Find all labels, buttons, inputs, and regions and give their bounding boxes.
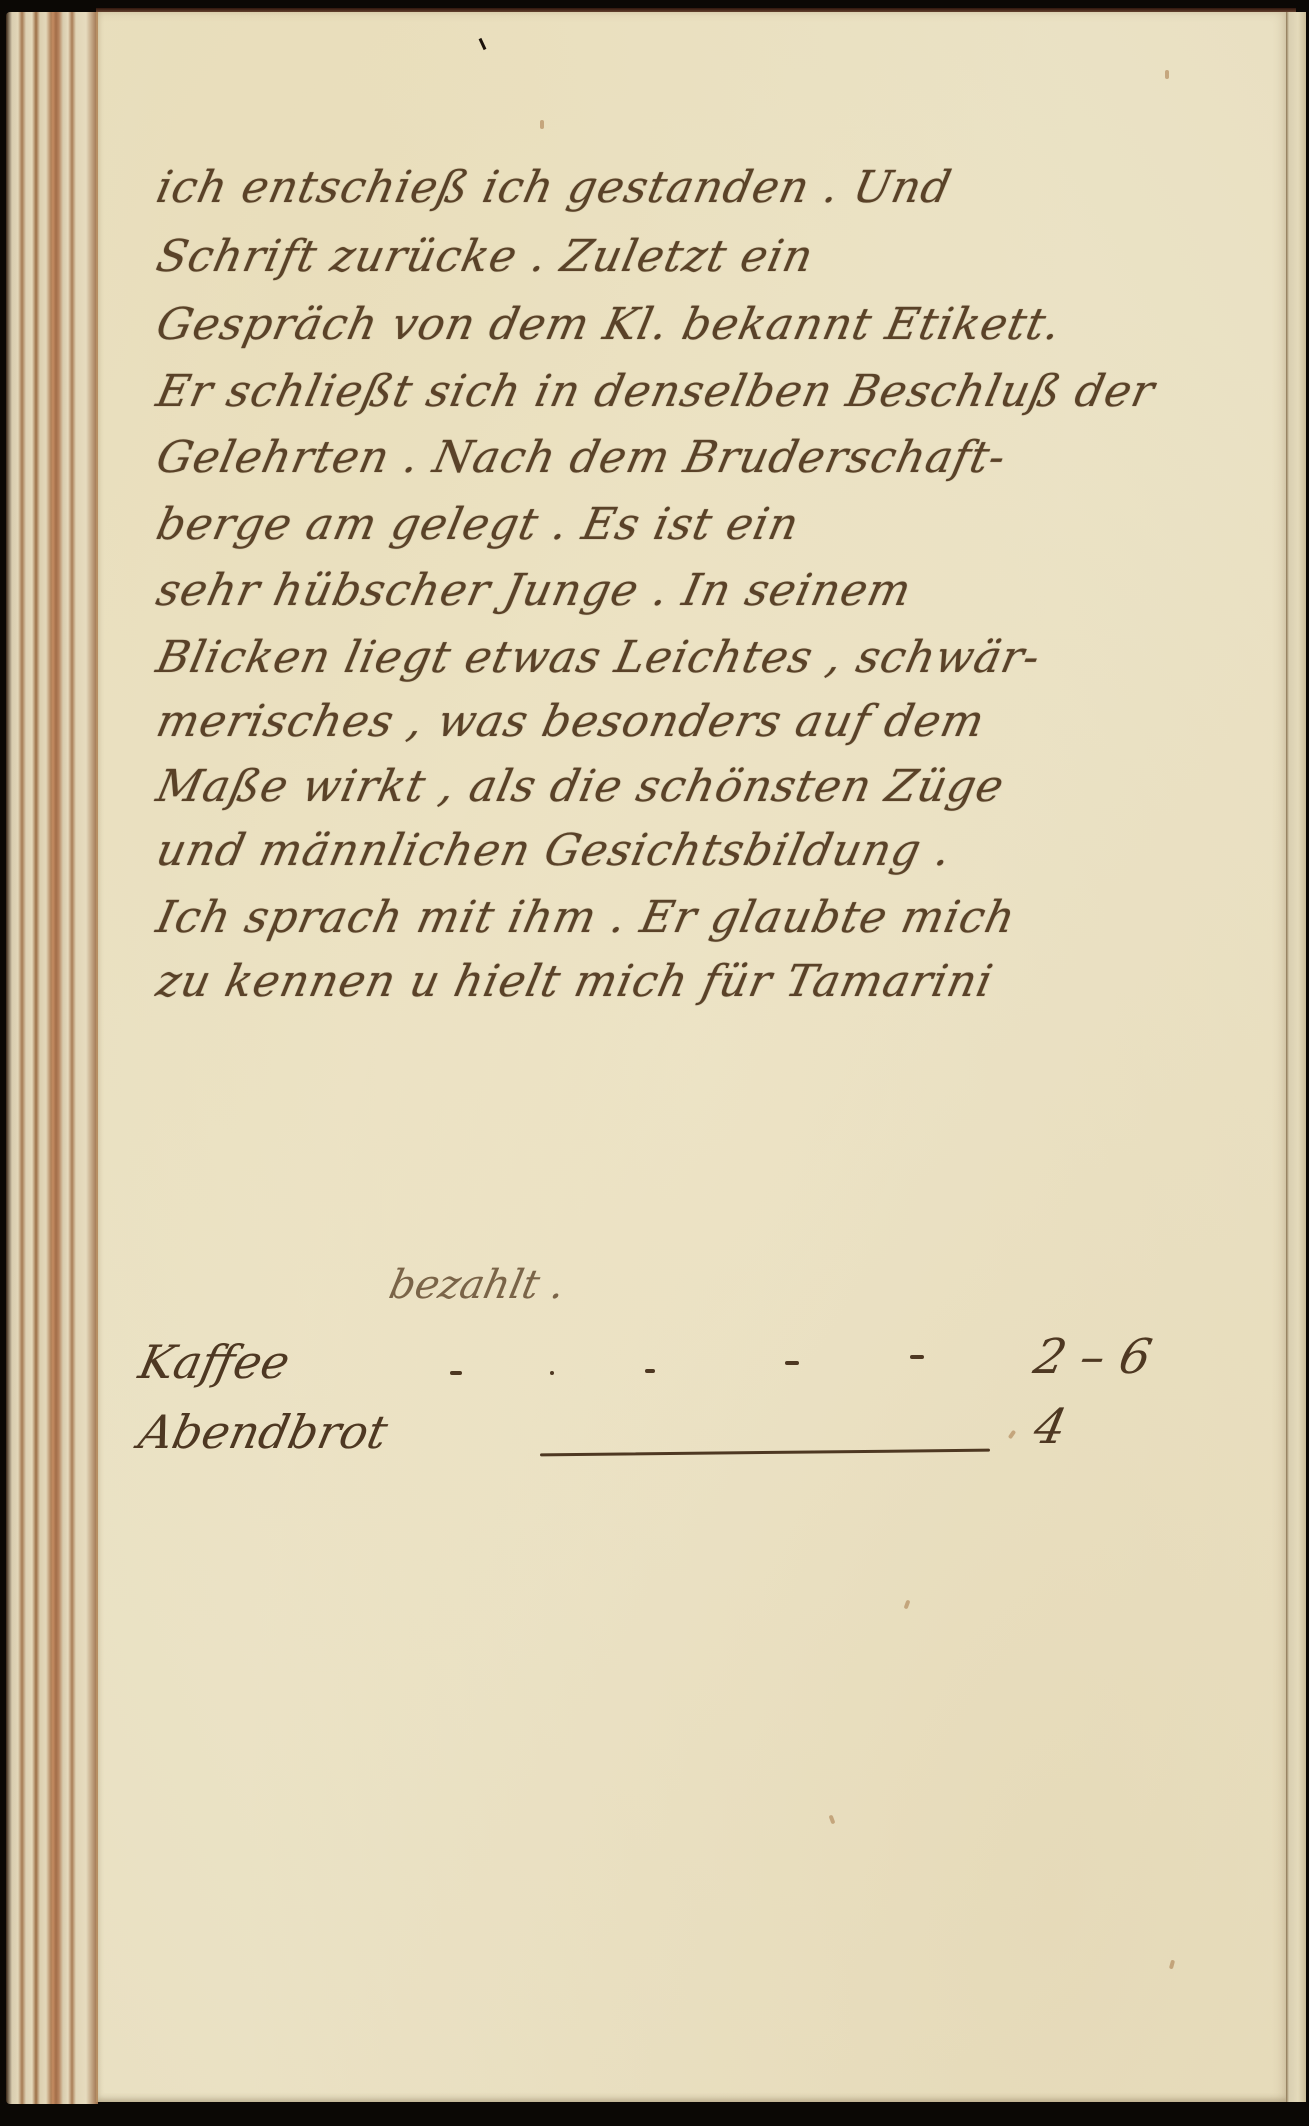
book-spread: ich entschieß ich gestanden . Und Schrif… bbox=[0, 0, 1309, 2126]
expense-label: Kaffee bbox=[134, 1335, 294, 1389]
expense-row: Kaffee 2 – 6 bbox=[140, 1335, 1180, 1405]
expense-list: Kaffee 2 – 6 Abendbrot 4 bbox=[140, 1335, 1180, 1475]
text-line: Er schließt sich in denselben Beschluß d… bbox=[150, 366, 1203, 427]
expense-label: Abendbrot bbox=[134, 1405, 392, 1459]
handwritten-body: ich entschieß ich gestanden . Und Schrif… bbox=[150, 150, 1190, 937]
solid-leader-line bbox=[540, 1449, 990, 1457]
text-line: und männlichen Gesichtsbildung . bbox=[150, 825, 1203, 886]
text-line: merisches , was besonders auf dem bbox=[150, 696, 1203, 757]
facing-page-strip bbox=[1286, 12, 1306, 2102]
expense-amount: 2 – 6 bbox=[1029, 1329, 1156, 1385]
paper-speck bbox=[1165, 70, 1169, 79]
text-line: zu kennen u hielt mich für Tamarini bbox=[150, 956, 1203, 1017]
text-line: Blicken liegt etwas Leichtes , schwär- bbox=[150, 632, 1203, 693]
text-line: Ich sprach mit ihm . Er glaubte mich bbox=[150, 892, 1203, 953]
text-line: sehr hübscher Junge . In seinem bbox=[150, 565, 1203, 626]
stacked-page-edges bbox=[6, 12, 98, 2104]
expense-amount: 4 bbox=[1029, 1399, 1071, 1455]
signoff-text: bezahlt . bbox=[385, 1262, 569, 1308]
text-line: Schrift zurücke . Zuletzt ein bbox=[150, 231, 1203, 292]
expense-row: Abendbrot 4 bbox=[140, 1405, 1180, 1475]
text-line: berge am gelegt . Es ist ein bbox=[150, 499, 1203, 560]
text-line: Gespräch von dem Kl. bekannt Etikett. bbox=[150, 299, 1203, 360]
dotted-leader bbox=[450, 1365, 1040, 1373]
text-line: ich entschieß ich gestanden . Und bbox=[150, 162, 1203, 223]
text-line: Gelehrten . Nach dem Bruderschaft- bbox=[150, 432, 1203, 493]
text-line: Maße wirkt , als die schönsten Züge bbox=[150, 761, 1203, 822]
paper-speck bbox=[540, 120, 544, 129]
